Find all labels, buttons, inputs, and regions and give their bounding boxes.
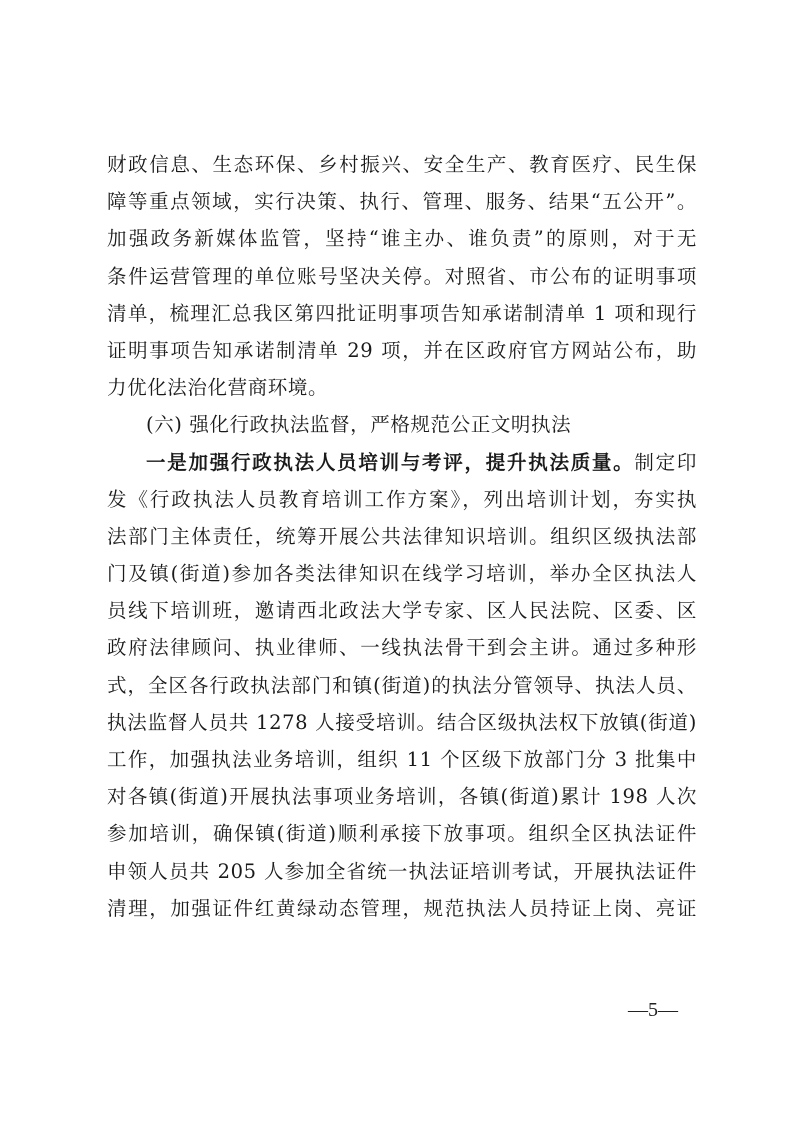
paragraph-first-line: 一是加强行政执法人员培训与考评，提升执法质量。制定印 (107, 444, 697, 481)
text-line: 清理，加强证件红黄绿动态管理，规范执法人员持证上岗、亮证 (107, 890, 697, 927)
bold-lead-sentence: 一是加强行政执法人员培训与考评，提升执法质量。 (146, 451, 634, 474)
text-line: 证明事项告知承诺制清单 29 项，并在区政府官方网站公布，助 (107, 332, 697, 369)
text-line: 加强政务新媒体监管，坚持“谁主办、谁负责”的原则，对于无 (107, 220, 697, 257)
text-line: 力优化法治化营商环境。 (107, 369, 697, 406)
text-line: 员线下培训班，邀请西北政法大学专家、区人民法院、区委、区 (107, 592, 697, 629)
text-line: 对各镇(街道)开展执法事项业务培训，各镇(街道)累计 198 人次 (107, 778, 697, 815)
section-heading: (六) 强化行政执法监督，严格规范公正文明执法 (107, 406, 697, 443)
document-page: 财政信息、生态环保、乡村振兴、安全生产、教育医疗、民生保 障等重点领域，实行决策… (0, 0, 792, 1121)
text-line: 发《行政执法人员教育培训工作方案》，列出培训计划，夯实执 (107, 481, 697, 518)
text-line: 式，全区各行政执法部门和镇(街道)的执法分管领导、执法人员、 (107, 667, 697, 704)
text-line: 法部门主体责任，统筹开展公共法律知识培训。组织区级执法部 (107, 518, 697, 555)
text-line: 财政信息、生态环保、乡村振兴、安全生产、教育医疗、民生保 (107, 146, 697, 183)
document-body: 财政信息、生态环保、乡村振兴、安全生产、教育医疗、民生保 障等重点领域，实行决策… (107, 146, 697, 927)
text-line: 门及镇(街道)参加各类法律知识在线学习培训，举办全区执法人 (107, 555, 697, 592)
text-line: 清单，梳理汇总我区第四批证明事项告知承诺制清单 1 项和现行 (107, 295, 697, 332)
text-line: 执法监督人员共 1278 人接受培训。结合区级执法权下放镇(街道) (107, 704, 697, 741)
page-number: —5— (628, 999, 678, 1022)
text-line: 申领人员共 205 人参加全省统一执法证培训考试，开展执法证件 (107, 853, 697, 890)
text-line: 政府法律顾问、执业律师、一线执法骨干到会主讲。通过多种形 (107, 629, 697, 666)
text-line: 条件运营管理的单位账号坚决关停。对照省、市公布的证明事项 (107, 258, 697, 295)
text-line: 参加培训，确保镇(街道)顺利承接下放事项。组织全区执法证件 (107, 815, 697, 852)
text-run: 制定印 (634, 451, 697, 474)
text-line: 障等重点领域，实行决策、执行、管理、服务、结果“五公开”。 (107, 183, 697, 220)
text-line: 工作，加强执法业务培训，组织 11 个区级下放部门分 3 批集中 (107, 741, 697, 778)
